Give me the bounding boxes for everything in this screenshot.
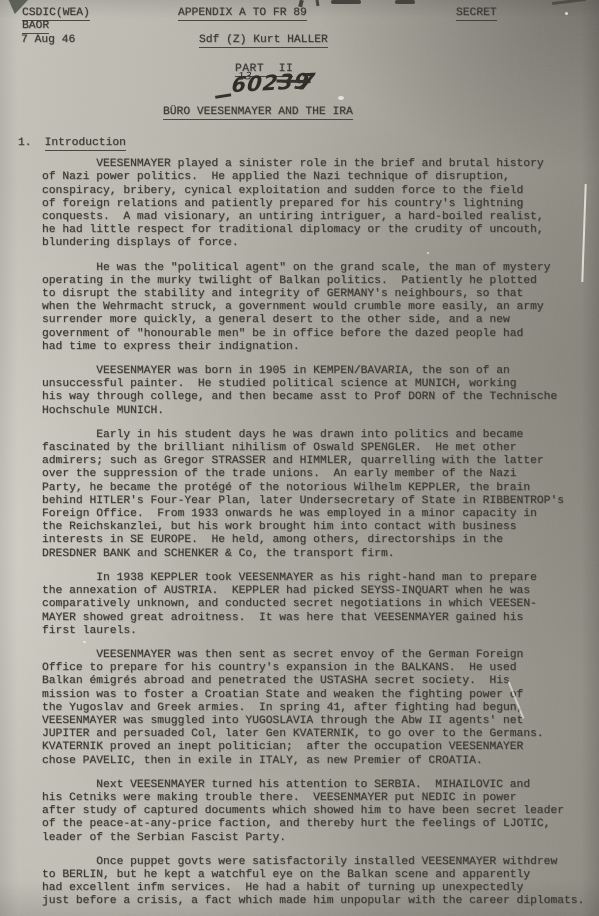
header-subject-text: Sdf (Z) Kurt HALLER bbox=[199, 34, 328, 48]
section-heading: 1.Introduction bbox=[18, 137, 599, 150]
document-body: 1.Introduction VEESENMAYER played a sini… bbox=[0, 137, 599, 916]
top-edge-ink-mark bbox=[316, 0, 320, 6]
text-line: Party, he became the protégé of the noto… bbox=[42, 482, 599, 495]
text-line: to disrupt the stability and integrity o… bbox=[42, 288, 599, 301]
paragraph: Next VEESENMAYER turned his attention to… bbox=[42, 779, 599, 845]
document-title: BÜRO VEESENMAYER AND THE IRA bbox=[163, 106, 353, 119]
text-line: of foreign relations and patiently prepa… bbox=[42, 198, 599, 211]
text-line: Hochschule MUNICH. bbox=[42, 405, 599, 418]
section-number: 1. bbox=[18, 137, 32, 149]
text-line: chose PAVELIC, then in exile in ITALY, a… bbox=[42, 755, 599, 768]
text-line: after study of captured documents which … bbox=[42, 805, 599, 818]
text-line: when the Wehrmacht struck, a government … bbox=[42, 301, 599, 314]
document-body-paragraphs: VEESENMAYER played a sinister role in th… bbox=[0, 158, 599, 908]
text-line: the annexation of AUSTRIA. KEPPLER had p… bbox=[42, 585, 599, 598]
paragraph: Once puppet govts were satisfactorily in… bbox=[42, 856, 599, 909]
paper-speck bbox=[338, 96, 344, 100]
text-line: unsuccessful painter. He studied politic… bbox=[42, 378, 599, 391]
document-title-text: BÜRO VEESENMAYER AND THE IRA bbox=[163, 106, 353, 120]
paragraph: VEESENMAYER played a sinister role in th… bbox=[42, 158, 599, 250]
text-line: admirers; such as Gregor STRASSER and HI… bbox=[42, 455, 599, 468]
text-line: VEESENMAYER played a sinister role in th… bbox=[42, 158, 599, 171]
scanned-document-page: CSDIC(WEA) BAOR 7 Aug 46 APPENDIX A TO F… bbox=[0, 0, 599, 916]
text-line: comparatively unknown, and conducted sec… bbox=[42, 598, 599, 611]
paragraph: VEESENMAYER was born in 1905 in KEMPEN/B… bbox=[42, 365, 599, 418]
classification-stamp: SECRET bbox=[456, 7, 497, 20]
text-line: Office to prepare for his country's expa… bbox=[42, 662, 599, 675]
paragraph: In 1938 KEPPLER took VEESENMAYER as his … bbox=[42, 572, 599, 638]
text-line: interests in SE EUROPE. He held, among o… bbox=[42, 534, 599, 547]
header-appendix-text: APPENDIX A TO FR 89 bbox=[178, 7, 307, 21]
text-line: Balkan émigrés abroad and penetrated the… bbox=[42, 675, 599, 688]
text-line: his way through college, and then became… bbox=[42, 391, 599, 404]
text-line: over the suppression of the trade unions… bbox=[42, 468, 599, 481]
text-line: he had little respect for traditional di… bbox=[42, 224, 599, 237]
header-unit: CSDIC(WEA) bbox=[22, 7, 90, 20]
text-line: first laurels. bbox=[42, 625, 599, 638]
text-line: government of "honourable men" be in off… bbox=[42, 328, 599, 341]
section-heading-text: Introduction bbox=[45, 137, 126, 151]
text-line: had time to express their indignation. bbox=[42, 341, 599, 354]
text-line: had excellent infm services. He had a ha… bbox=[42, 882, 599, 895]
handwritten-bracket-stroke bbox=[215, 93, 231, 98]
text-line: surrender more quickly, a general desert… bbox=[42, 314, 599, 327]
text-line: In 1938 KEPPLER took VEESENMAYER as his … bbox=[42, 572, 599, 585]
header-date: 7 Aug 46 bbox=[21, 34, 75, 47]
paper-speck bbox=[565, 12, 568, 15]
paper-speck bbox=[427, 252, 429, 254]
text-line: Foreign Office. From 1933 onwards he was… bbox=[42, 508, 599, 521]
text-line: of the peace-at-any-price faction, and t… bbox=[42, 818, 599, 831]
paragraph: He was the "political agent" on the gran… bbox=[42, 262, 599, 354]
paper-speck bbox=[83, 641, 86, 643]
header-unit-text: CSDIC(WEA) bbox=[22, 7, 90, 21]
text-line: behind HITLER's Four-Year Plan, later Un… bbox=[42, 495, 599, 508]
header-command-text: BAOR bbox=[22, 20, 49, 34]
header-appendix: APPENDIX A TO FR 89 bbox=[178, 7, 307, 20]
text-line: operating in the murky twilight of Balka… bbox=[42, 275, 599, 288]
text-line: Early in his student days he was drawn i… bbox=[42, 429, 599, 442]
text-line: Next VEESENMAYER turned his attention to… bbox=[42, 779, 599, 792]
text-line: his Cetniks were making trouble there. V… bbox=[42, 792, 599, 805]
text-line: the Reichskanzlei, but his work brought … bbox=[42, 521, 599, 534]
text-line: conquests. A mad visionary, an untiring … bbox=[42, 211, 599, 224]
top-edge-ink-mark bbox=[331, 0, 361, 4]
text-line: DRESDNER BANK and SCHENKER & Co, the tra… bbox=[42, 548, 599, 561]
text-line: leader of the Serbian Fascist Party. bbox=[42, 832, 599, 845]
paragraph: Early in his student days he was drawn i… bbox=[42, 429, 599, 561]
handwritten-digit-suffix: 7 bbox=[297, 76, 315, 90]
text-line: Once puppet govts were satisfactorily in… bbox=[42, 856, 599, 869]
text-line: MAYER showed great adroitness. It was he… bbox=[42, 612, 599, 625]
text-line: blundering displays of force. bbox=[42, 237, 599, 250]
text-line: of Nazi power politics. He applied the N… bbox=[42, 171, 599, 184]
text-line: KVATERNIK proved an inept politician; af… bbox=[42, 741, 599, 754]
text-line: to BERLIN, but he kept a watchful eye on… bbox=[42, 869, 599, 882]
text-line: JUPITER and persuaded Col, later Gen KVA… bbox=[42, 728, 599, 741]
text-line: VEESENMAYER was born in 1905 in KEMPEN/B… bbox=[42, 365, 599, 378]
top-edge-ink-mark bbox=[395, 0, 415, 4]
top-edge-ink-mark bbox=[552, 0, 586, 5]
header-command: BAOR bbox=[22, 20, 49, 33]
text-line: conspiracy, bribery, cynical exploitatio… bbox=[42, 185, 599, 198]
paragraph: VEESENMAYER was then sent as secret envo… bbox=[42, 649, 599, 768]
text-line: VEESENMAYER was smuggled into YUGOSLAVIA… bbox=[42, 715, 599, 728]
classification-text: SECRET bbox=[456, 7, 497, 21]
text-line: He was the "political agent" on the gran… bbox=[42, 262, 599, 275]
text-line: VEESENMAYER was then sent as secret envo… bbox=[42, 649, 599, 662]
text-line: just before a crisis, a fact which made … bbox=[42, 895, 599, 908]
header-subject: Sdf (Z) Kurt HALLER bbox=[199, 34, 328, 47]
text-line: fascinated by the brilliant nihilism of … bbox=[42, 442, 599, 455]
